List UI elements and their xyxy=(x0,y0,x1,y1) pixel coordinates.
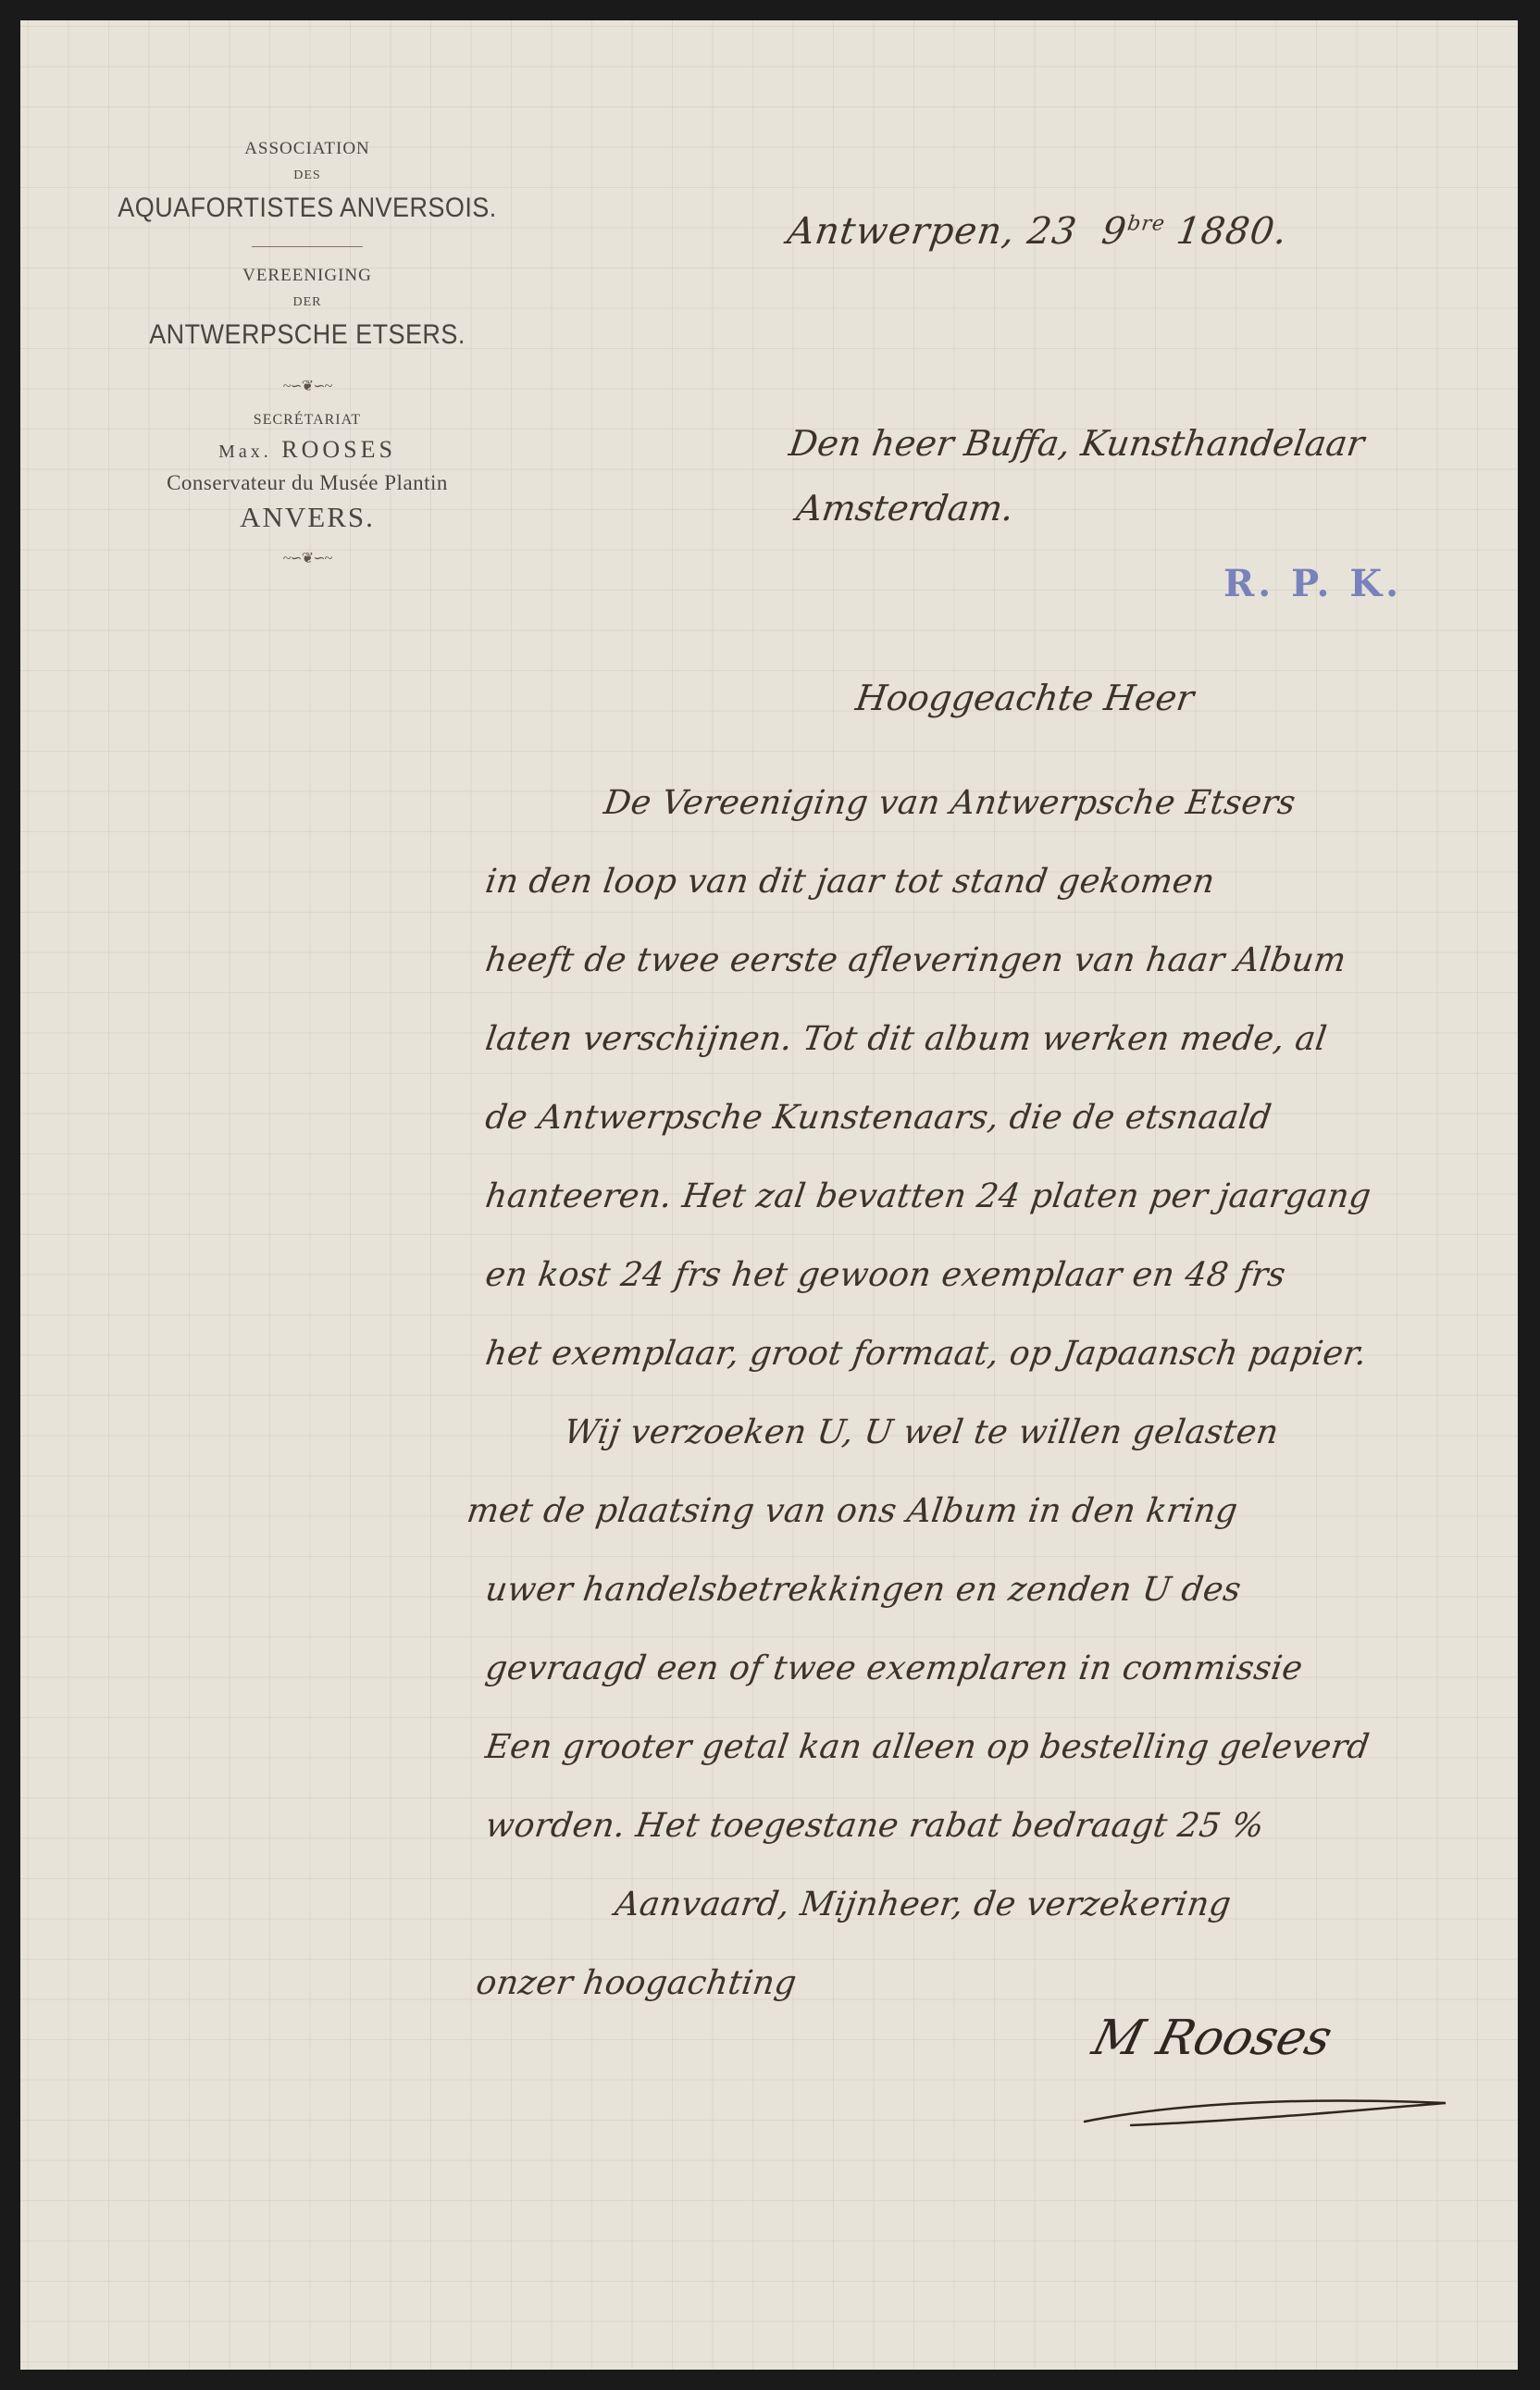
letter-page: ASSOCIATION DES AQUAFORTISTES ANVERSOIS.… xyxy=(20,20,1518,2370)
letterhead-der: DER xyxy=(76,295,539,310)
letterhead-association: ASSOCIATION xyxy=(76,139,539,159)
body-line: worden. Het toegestane rabat bedraagt 25… xyxy=(483,1807,1266,1845)
body-line: Een grooter getal kan alleen op bestelli… xyxy=(483,1728,1372,1766)
letterhead-divider xyxy=(252,246,363,247)
letterhead: ASSOCIATION DES AQUAFORTISTES ANVERSOIS.… xyxy=(76,131,539,584)
letterhead-secretariat: SECRÉTARIAT xyxy=(76,412,539,429)
secretary-prefix: Max. xyxy=(218,442,272,462)
salutation: Hooggeachte Heer xyxy=(853,678,1197,718)
date-year: 1880. xyxy=(1174,210,1290,253)
body-line: laten verschijnen. Tot dit album werken … xyxy=(483,1020,1329,1058)
body-line: hanteeren. Het zal bevatten 24 platen pe… xyxy=(483,1177,1373,1215)
signature-flourish-icon xyxy=(1075,2092,1464,2129)
letterhead-des: DES xyxy=(76,168,539,183)
body-line: met de plaatsing van ons Album in den kr… xyxy=(465,1492,1240,1530)
secretary-name: ROOSES xyxy=(281,436,396,463)
ornament-icon: ~∽❦∽~ xyxy=(76,549,539,567)
letterhead-secretary: Max. ROOSES xyxy=(76,436,539,464)
body-line: uwer handelsbetrekkingen en zenden U des xyxy=(483,1571,1244,1609)
body-line: het exemplaar, groot formaat, op Japaans… xyxy=(483,1335,1370,1373)
date-place: Antwerpen, 23 xyxy=(785,210,1080,253)
letterhead-secretary-title: Conservateur du Musée Plantin xyxy=(76,471,539,495)
body-line: heeft de twee eerste afleveringen van ha… xyxy=(483,941,1348,979)
closing-line-1: Aanvaard, Mijnheer, de verzekering xyxy=(613,1886,1234,1923)
signature: M Rooses xyxy=(1087,2010,1338,2066)
body-line: De Vereeniging van Antwerpsche Etsers xyxy=(602,784,1298,822)
letter-date: Antwerpen, 23 9bre 1880. xyxy=(785,210,1290,253)
date-month: 9 xyxy=(1099,210,1130,253)
addressee-line-2: Amsterdam. xyxy=(794,488,1016,529)
body-line: in den loop van dit jaar tot stand gekom… xyxy=(483,863,1217,901)
letterhead-vereeniging: VEREENIGING xyxy=(76,266,539,286)
letterhead-city: ANVERS. xyxy=(76,501,539,534)
addressee-line-1: Den heer Buffa, Kunsthandelaar xyxy=(787,423,1367,464)
body-line: en kost 24 frs het gewoon exemplaar en 4… xyxy=(483,1256,1288,1294)
closing-line-2: onzer hoogachting xyxy=(474,1964,799,2002)
body-line: Wij verzoeken U, U wel te willen gelaste… xyxy=(562,1413,1281,1451)
body-line: de Antwerpsche Kunstenaars, die de etsna… xyxy=(483,1099,1273,1137)
letterhead-aquafortistes: AQUAFORTISTES ANVERSOIS. xyxy=(99,193,515,224)
rpk-stamp: R. P. K. xyxy=(1223,562,1402,605)
letterhead-antwerpsche-etsers: ANTWERPSCHE ETSERS. xyxy=(99,319,515,351)
ornament-icon: ~∽❦∽~ xyxy=(76,377,539,395)
date-month-superscript: bre xyxy=(1126,213,1167,236)
body-line: gevraagd een of twee exemplaren in commi… xyxy=(483,1649,1305,1687)
